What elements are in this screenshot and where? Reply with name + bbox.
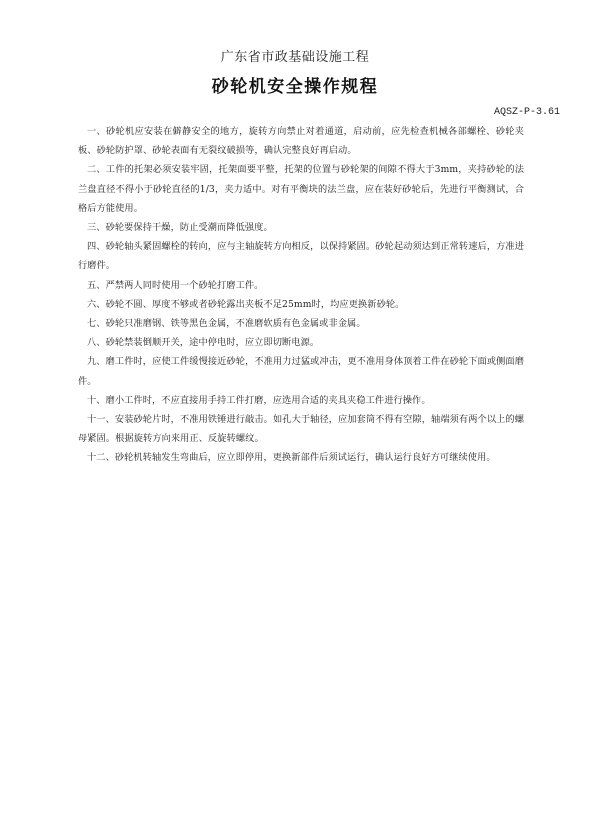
rule-paragraph-10: 十、磨小工件时，不应直接用手持工件打磨，应选用合适的夹具夹稳工件进行操作。 <box>78 391 524 410</box>
rule-paragraph-5: 五、严禁两人同时使用一个砂轮打磨工件。 <box>78 276 524 295</box>
rule-paragraph-9: 九、磨工件时，应使工件缓慢接近砂轮，不准用力过猛或冲击，更不准用身体顶着工件在砂… <box>78 352 524 390</box>
document-body: 一、砂轮机应安装在僻静安全的地方，旋转方向禁止对着通道，启动前，应先检查机械各部… <box>78 122 524 468</box>
rule-paragraph-6: 六、砂轮不圆、厚度不够或者砂轮露出夹板不足25mm时，均应更换新砂轮。 <box>78 295 524 314</box>
organization-header: 广东省市政基础设施工程 <box>0 46 590 65</box>
rule-paragraph-4: 四、砂轮轴头紧固螺栓的转向，应与主轴旋转方向相反，以保持紧固。砂轮起动须达到正常… <box>78 237 524 275</box>
rule-paragraph-8: 八、砂轮禁装倒顺开关，途中停电时，应立即切断电源。 <box>78 333 524 352</box>
page-title: 砂轮机安全操作规程 <box>0 72 590 97</box>
document-code: AQSZ-P-3.61 <box>494 107 560 118</box>
rule-paragraph-12: 十二、砂轮机转轴发生弯曲后，应立即停用，更换新部件后须试运行，确认运行良好方可继… <box>78 448 524 467</box>
rule-paragraph-1: 一、砂轮机应安装在僻静安全的地方，旋转方向禁止对着通道，启动前，应先检查机械各部… <box>78 122 524 160</box>
rule-paragraph-2: 二、工件的托架必须安装牢固，托架面要平整，托架的位置与砂轮架的间隙不得大于3mm… <box>78 160 524 218</box>
rule-paragraph-3: 三、砂轮要保持干燥，防止受潮而降低强度。 <box>78 218 524 237</box>
rule-paragraph-11: 十一、安装砂轮片时，不准用铁锤进行敲击。如孔大于轴径，应加套筒不得有空隙，轴端须… <box>78 410 524 448</box>
rule-paragraph-7: 七、砂轮只准磨钢、铁等黑色金属，不准磨软质有色金属或非金属。 <box>78 314 524 333</box>
document-page: 广东省市政基础设施工程 砂轮机安全操作规程 AQSZ-P-3.61 一、砂轮机应… <box>0 0 590 835</box>
